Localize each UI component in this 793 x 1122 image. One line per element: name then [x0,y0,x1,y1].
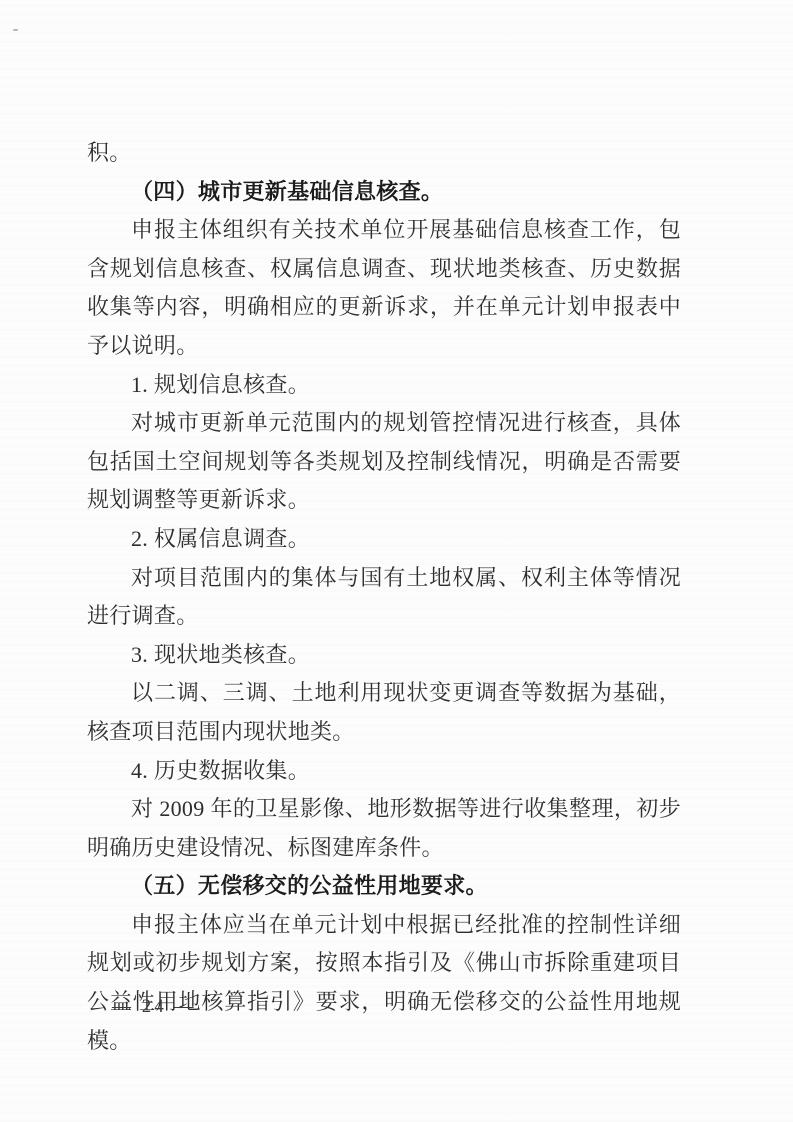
subheading-1: 1. 规划信息核查。 [87,366,681,405]
document-page: 积。 （四）城市更新基础信息核查。 申报主体组织有关技术单位开展基础信息核查工作… [0,0,793,1122]
paragraph: 对城市更新单元范围内的规划管控情况进行核查，具体包括国土空间规划等各类规划及控制… [87,404,681,520]
section-heading-5: （五）无偿移交的公益性用地要求。 [87,867,681,906]
paragraph: 申报主体应当在单元计划中根据已经批准的控制性详细规划或初步规划方案，按照本指引及… [87,906,681,1060]
page-number: — 24 — [112,996,197,1018]
paragraph-continuation: 积。 [87,134,681,173]
scan-artifact [13,29,18,31]
paragraph: 对项目范围内的集体与国有土地权属、权利主体等情况进行调查。 [87,559,681,636]
subheading-3: 3. 现状地类核查。 [87,636,681,675]
section-heading-4: （四）城市更新基础信息核查。 [87,173,681,212]
paragraph: 对 2009 年的卫星影像、地形数据等进行收集整理，初步明确历史建设情况、标图建… [87,790,681,867]
subheading-4: 4. 历史数据收集。 [87,752,681,791]
paragraph: 以二调、三调、土地利用现状变更调查等数据为基础，核查项目范围内现状地类。 [87,674,681,751]
paragraph: 申报主体组织有关技术单位开展基础信息核查工作，包含规划信息核查、权属信息调查、现… [87,211,681,365]
document-body: 积。 （四）城市更新基础信息核查。 申报主体组织有关技术单位开展基础信息核查工作… [87,134,681,1060]
subheading-2: 2. 权属信息调查。 [87,520,681,559]
